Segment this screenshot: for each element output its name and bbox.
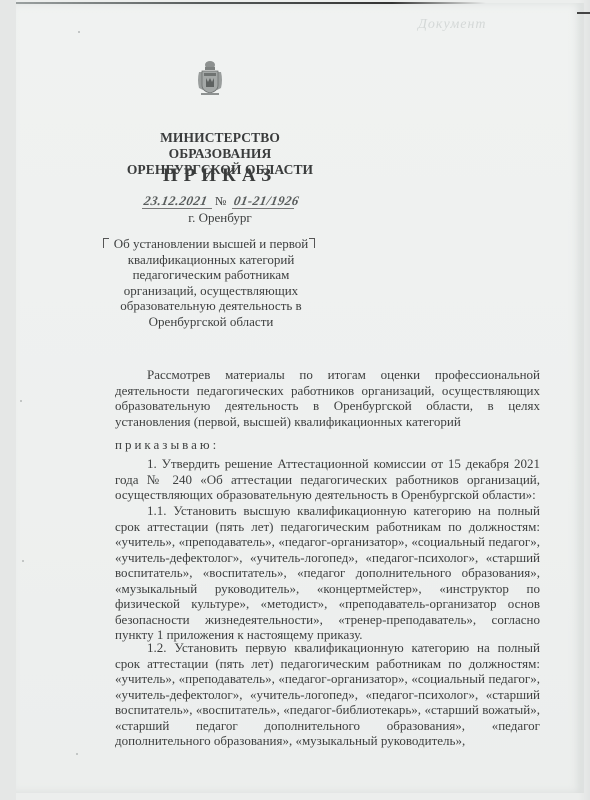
- date-number-line: 23.12.2021 № 01-21/1926: [140, 193, 300, 211]
- order-subject: Об установлении высшей и первой квалифик…: [108, 236, 314, 329]
- handwritten-order-number: 01-21/1926: [233, 193, 301, 209]
- preamble-paragraph: Рассмотрев материалы по итогам оценки пр…: [115, 367, 540, 429]
- coat-of-arms-icon: [195, 60, 225, 98]
- preamble-text: Рассмотрев материалы по итогам оценки пр…: [115, 367, 540, 429]
- item-1-2-paragraph: 1.2. Установить первую квалификационную …: [115, 640, 540, 749]
- scan-left-margin: [0, 0, 16, 800]
- document-type-title: ПРИКАЗ: [110, 165, 330, 187]
- scan-right-shadow: [578, 0, 590, 800]
- number-sign: №: [215, 194, 226, 209]
- scan-speck: [20, 400, 22, 402]
- page-top-right-edge: [577, 12, 590, 14]
- scan-speck: [22, 560, 24, 562]
- item-1-1-text: 1.1. Установить высшую квалификационную …: [115, 503, 540, 643]
- ministry-line-1: МИНИСТЕРСТВО ОБРАЗОВАНИЯ: [110, 130, 330, 162]
- page-top-edge: [16, 2, 486, 4]
- item-1-paragraph: 1. Утвердить решение Аттестационной коми…: [115, 456, 540, 503]
- scan-speck: [78, 31, 80, 33]
- city-line: г. Оренбург: [140, 210, 300, 226]
- item-1-text: 1. Утвердить решение Аттестационной коми…: [115, 456, 540, 503]
- item-1-1-paragraph: 1.1. Установить высшую квалификационную …: [115, 503, 540, 643]
- faint-bleed-through-text: Документ: [418, 17, 487, 33]
- date-underline: [142, 208, 212, 209]
- number-underline: [232, 208, 294, 209]
- order-word: приказываю:: [115, 437, 219, 453]
- scan-speck: [76, 753, 78, 755]
- handwritten-date: 23.12.2021: [143, 193, 209, 209]
- item-1-2-text: 1.2. Установить первую квалификационную …: [115, 640, 540, 749]
